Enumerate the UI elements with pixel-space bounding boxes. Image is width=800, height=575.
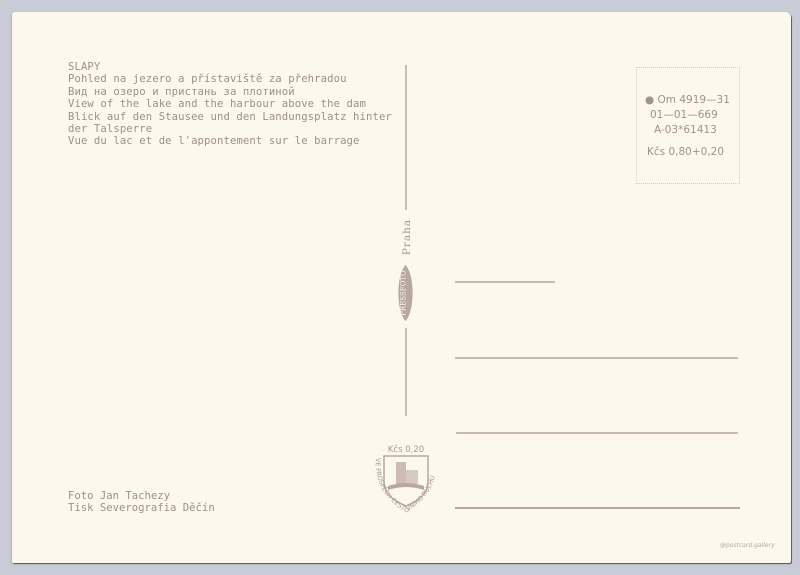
- caption-french: Vue du lac et de l'appontement sur le ba…: [68, 135, 392, 147]
- stamp-code: ● Om 4919—31: [645, 94, 747, 106]
- divider-line-bottom: [405, 328, 407, 416]
- caption-german-cont: der Talsperre: [68, 123, 392, 135]
- watermark: @postcard.gallery: [720, 542, 775, 549]
- publisher-city: Praha: [395, 214, 419, 260]
- photo-credit: Foto Jan Tachezy: [68, 490, 215, 502]
- caption-block: SLAPY Pohled na jezero a přístaviště za …: [68, 61, 392, 148]
- address-line-4: [455, 507, 740, 509]
- address-line-2: [455, 357, 738, 359]
- stamp-price: Kčs 0,80+0,20: [647, 146, 749, 158]
- caption-english: View of the lake and the harbour above t…: [68, 98, 392, 110]
- caption-title: SLAPY: [68, 61, 392, 73]
- svg-text:Kčs 0,20: Kčs 0,20: [388, 444, 424, 455]
- tourism-emblem-icon: Kčs 0,20 VE PROSPĚCH CESTOVNÍHO RUCHU: [370, 440, 442, 518]
- caption-russian: Вид на озеро и пристань за плотиной: [68, 86, 392, 98]
- svg-text:PRESSFOTO: PRESSFOTO: [400, 270, 408, 316]
- caption-german: Blick auf den Stausee und den Landungspl…: [68, 111, 392, 123]
- stamp-serial: A-03*61413: [654, 124, 756, 136]
- credits-block: Foto Jan Tachezy Tisk Severografia Děčín: [68, 490, 215, 515]
- divider-line-top: [405, 65, 407, 210]
- address-line-1: [455, 281, 555, 283]
- print-credit: Tisk Severografia Děčín: [68, 502, 215, 514]
- pressfoto-logo-icon: PRESSFOTO: [393, 263, 418, 323]
- caption-czech: Pohled na jezero a přístaviště za přehra…: [68, 73, 392, 85]
- address-line-3: [456, 432, 738, 434]
- stamp-date-code: 01—01—669: [650, 109, 752, 121]
- stamp-box: ● Om 4919—31 01—01—669 A-03*61413 Kčs 0,…: [636, 67, 740, 184]
